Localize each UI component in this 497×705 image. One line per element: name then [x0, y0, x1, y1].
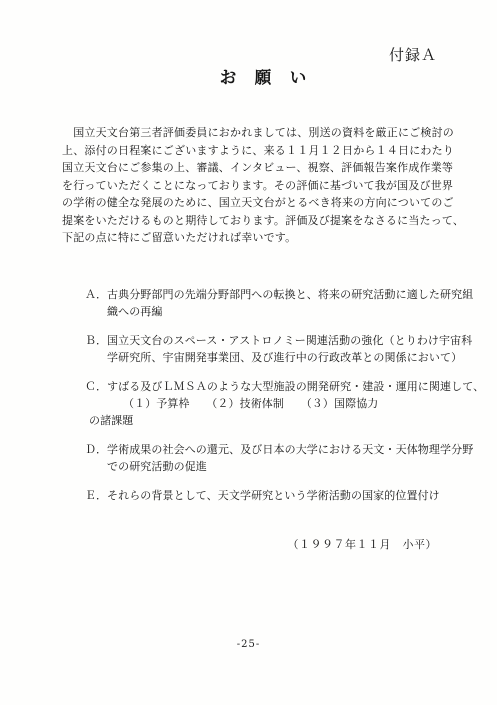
item-line: 織への再編 — [107, 303, 473, 320]
list-item-a: Ａ． 古典分野部門の先端分野部門への転換と、将来の研究活動に適した研究組 織への… — [85, 286, 447, 320]
page-number: -25- — [0, 639, 497, 650]
item-label: Ａ． — [85, 286, 107, 320]
paragraph-line: 提案をいただけるものと期待しております。評価及び提案をなさるに当たって、 — [62, 212, 446, 230]
item-line: 古典分野部門の先端分野部門への転換と、将来の研究活動に適した研究組 — [107, 286, 473, 303]
paragraph-line: 下記の点に特にご留意いただければ幸いです。 — [62, 229, 446, 247]
page-title: お 願 い — [30, 64, 497, 88]
date-signature: （１９９７年１１月 小平） — [288, 536, 438, 552]
item-line: 学研究所、宇宙開発事業団、及び進行中の行政改革との関係において） — [107, 349, 472, 366]
paragraph-line: 上、添付の日程案にございますように、来る１１月１２日から１４日にわたり — [62, 142, 446, 160]
list-item-e: Ｅ． それらの背景として、天文学研究という学術活動の国家的位置付け — [85, 487, 447, 504]
item-line: での研究活動の促進 — [107, 458, 473, 475]
item-line: それらの背景として、天文学研究という学術活動の国家的位置付け — [107, 487, 447, 504]
item-closing-line: の諸課題 — [89, 412, 484, 429]
item-label: Ｂ． — [85, 332, 107, 366]
list-item-c: Ｃ． すばる及びＬＭＳＡのような大型施設の開発研究・建設・運用に関連して、 （１… — [85, 378, 447, 429]
list-item-d: Ｄ． 学術成果の社会への還元、及び日本の大学における天文・天体物理学分野 での研… — [85, 441, 447, 475]
paragraph-line: を行っていただくことになっております。その評価に基づいて我が国及び世界 — [62, 177, 446, 195]
item-label: Ｅ． — [85, 487, 107, 504]
appendix-label: 付録Ａ — [389, 44, 437, 65]
item-label: Ｄ． — [85, 441, 107, 475]
paragraph-line: の学術の健全な発展のために、国立天文台がとるべき将来の方向についてのご — [62, 194, 446, 212]
item-line: 学術成果の社会への還元、及び日本の大学における天文・天体物理学分野 — [107, 441, 473, 458]
document-page: 付録Ａ お 願 い 国立天文台第三者評価委員におかれましては、別送の資料を厳正に… — [0, 0, 497, 705]
item-line: すばる及びＬＭＳＡのような大型施設の開発研究・建設・運用に関連して、 — [107, 378, 484, 395]
item-line: 国立天文台のスペース・アストロノミー関連活動の強化（とりわけ宇宙科 — [107, 332, 472, 349]
paragraph-line: 国立天文台第三者評価委員におかれましては、別送の資料を厳正にご検討の — [62, 124, 446, 142]
list-item-b: Ｂ． 国立天文台のスペース・アストロノミー関連活動の強化（とりわけ宇宙科 学研究… — [85, 332, 447, 366]
paragraph-line: 国立天文台にご参集の上、審議、インタビュー、視察、評価報告案作成作業等 — [62, 159, 446, 177]
request-items-list: Ａ． 古典分野部門の先端分野部門への転換と、将来の研究活動に適した研究組 織への… — [85, 286, 447, 516]
intro-paragraph: 国立天文台第三者評価委員におかれましては、別送の資料を厳正にご検討の 上、添付の… — [62, 124, 446, 247]
item-sub-line: （１）予算枠 （２）技術体制 （３）国際協力 — [123, 395, 484, 412]
